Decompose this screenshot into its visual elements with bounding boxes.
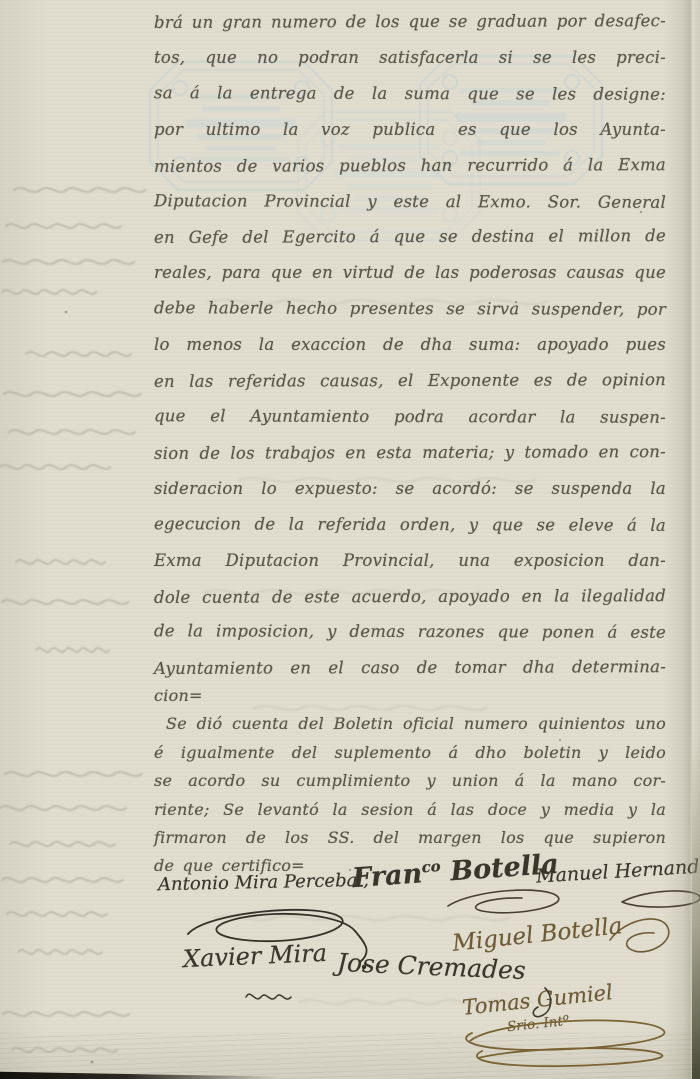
rubric-manuel-hernandez [622,891,700,907]
manuscript-line: riente; Se levantó la sesion á las doce … [154,796,666,824]
manuscript-line: en las referidas causas, el Exponente es… [154,362,666,400]
manuscript-line: de la imposicion, y demas razones que po… [154,614,666,652]
manuscript-line: que el Ayuntamiento podra acordar la sus… [154,398,666,436]
signature-secretary-title: Srio. Intº [506,1013,570,1035]
page-right-edge-gutter [664,0,700,1079]
manuscript-line: por ultimo la voz publica es que los Ayu… [154,112,666,148]
rubric-francisco-botella [448,890,559,913]
manuscript-line: Exma Diputacion Provincial, una exposici… [154,543,666,579]
manuscript-line: sideracion lo expuesto: se acordó: se su… [154,471,666,507]
manuscript-line: se acordo su cumplimiento y union á la m… [154,767,666,795]
manuscript-line: Se dió cuenta del Boletin oficial numero… [154,710,666,738]
signature-miguel-botella: Miguel Botella [451,913,624,957]
manuscript-line: sion de los trabajos en esta materia; y … [154,434,666,472]
page-right-edge-shadow [692,739,700,1079]
signature-superscript: co [421,857,441,876]
manuscript-line: lo menos la exaccion de dha suma: apoyad… [154,327,666,363]
signature-jose-cremades: Jose Cremades [336,948,526,985]
manuscript-line: dole cuenta de este acuerdo, apoyado en … [154,578,666,616]
manuscript-text-main: brá un gran numero de los que se graduan… [154,4,666,686]
manuscript-line: firmaron de los SS. del margen los que s… [154,824,666,852]
manuscript-line: en Gefe del Egercito á que se destina el… [154,219,666,257]
page-bottom-edge-streaks [0,1033,700,1079]
signature-text: Fran [351,858,423,894]
manuscript-line: debe haberle hecho presentes se sirva su… [154,290,666,328]
signature-xavier-mira: Xavier Mira [182,939,327,973]
manuscript-line: cion= [154,682,666,710]
manuscript-line: é igualmente del suplemento á dho boleti… [154,739,666,767]
manuscript-line: sa á la entrega de la suma que se les de… [154,75,666,113]
showthrough-ghost-writing [0,188,145,1052]
manuscript-line: mientos de varios pueblos han recurrido … [154,147,666,185]
signature-tomas-gumiel: Tomas Gumiel [461,980,614,1020]
manuscript-line: brá un gran numero de los que se graduan… [154,3,666,41]
page-bottom-corner-shadow [0,1070,280,1079]
manuscript-line: tos, que no podran satisfacerla si se le… [154,40,666,76]
manuscript-line: reales, para que en virtud de las podero… [154,255,666,291]
manuscript-line: Diputacion Provincial y este al Exmo. So… [154,183,666,221]
rubric-xavier-mira [246,994,291,999]
signature-antonio-mira-percebal: Antonio Mira Percebal, [158,870,369,895]
manuscript-text-closing: cion= Se dió cuenta del Boletin oficial … [154,682,666,881]
manuscript-line: egecucion de la referida orden, y que se… [154,506,666,544]
